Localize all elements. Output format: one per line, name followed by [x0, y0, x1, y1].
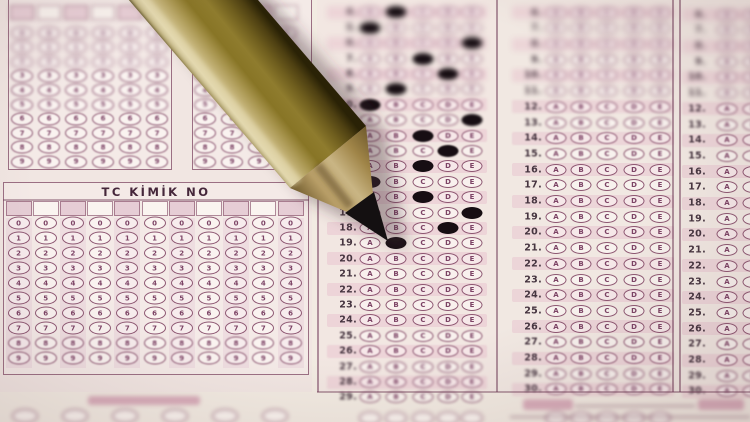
pencil	[0, 0, 750, 422]
photo-omr-answer-sheet: TC KİMİK NO 4.ABCDE5.ABCDE6.ABCDE7.ABCDE…	[0, 0, 750, 422]
